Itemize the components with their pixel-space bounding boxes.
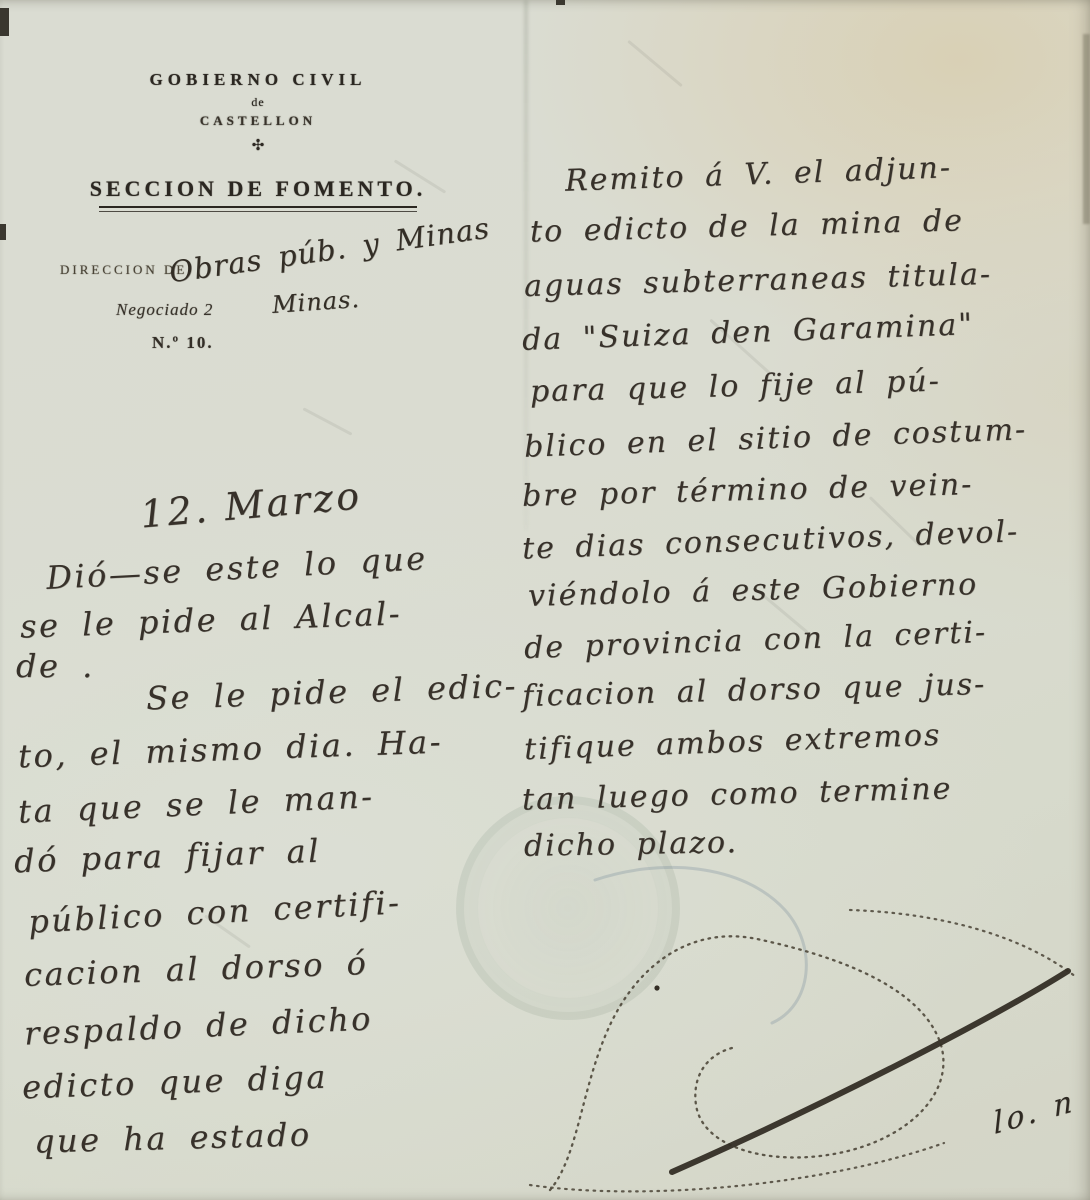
section-title-double-rule <box>99 206 417 212</box>
body-line: bre por término de vein- <box>522 470 974 512</box>
margin-line: Dió—se este lo que <box>45 542 428 594</box>
margin-line: se le pide al Alcal- <box>20 597 403 642</box>
negociado-label: Negociado 2 <box>116 300 213 320</box>
letterhead-section-title: SECCION DE FOMENTO. <box>58 176 458 202</box>
margin-date: 12. Marzo <box>139 476 364 533</box>
letterhead-de: de <box>58 95 458 110</box>
margin-line: Se le pide el edic- <box>146 670 519 715</box>
bleed-through-curve <box>595 867 806 1023</box>
letterhead-ornament-icon: ✣ <box>58 136 458 154</box>
margin-line: dó para fijar al <box>14 835 322 878</box>
margin-line: respaldo de dicho <box>23 1002 373 1049</box>
scan-edge-shadow <box>1083 34 1090 224</box>
letterhead-block: GOBIERNO CIVIL de CASTELLON ✣ SECCION DE… <box>58 70 458 212</box>
rubric-heavy-diagonal <box>672 971 1068 1172</box>
letterhead-city: CASTELLON <box>58 113 458 129</box>
body-line: to edicto de la mina de <box>530 206 965 247</box>
body-line: tifique ambos extremos <box>524 721 942 766</box>
body-line: Remito á V. el adjun- <box>565 153 953 196</box>
body-line: para que lo fije al pú- <box>530 367 941 408</box>
ink-bleed-mark <box>627 40 683 87</box>
negociado-handwritten-value: Minas. <box>271 287 360 317</box>
margin-line: ta que se le man- <box>17 780 375 828</box>
edge-speck <box>556 0 565 5</box>
body-line: ficacion al dorso que jus- <box>522 670 987 712</box>
body-line: blico en el sitio de costum- <box>524 415 1028 463</box>
body-line: tan luego como termine <box>522 774 953 815</box>
margin-line: de . <box>16 650 95 682</box>
body-line: de provincia con la certi- <box>524 618 988 664</box>
document-number: N.º 10. <box>152 333 214 353</box>
margin-line: edicto que diga <box>22 1061 329 1104</box>
margin-line: to, el mismo dia. Ha- <box>18 726 444 773</box>
body-line: aguas subterraneas titula- <box>524 260 993 302</box>
direccion-handwritten-value: Obras púb. y Minas <box>168 214 492 288</box>
rubric-dotted-loop <box>550 936 943 1190</box>
edge-speck <box>0 8 9 36</box>
margin-line: cacion al dorso ó <box>24 947 369 991</box>
body-line: viéndolo á este Gobierno <box>528 570 979 612</box>
rubric-dotted-lower-tail <box>530 1143 944 1191</box>
rubric-ink-dot <box>654 985 659 990</box>
ink-bleed-mark <box>303 407 353 435</box>
margin-line: que ha estado <box>34 1118 312 1157</box>
body-line: da "Suiza den Garamina" <box>522 310 975 356</box>
body-line: te dias consecutivos, devol- <box>522 517 1020 564</box>
rubric-dotted-upper-arc <box>850 910 1076 977</box>
signature-rubric-svg <box>520 855 1090 1200</box>
margin-line: público con certifi- <box>27 886 402 938</box>
edge-speck <box>0 224 6 240</box>
letterhead-org-name: GOBIERNO CIVIL <box>58 70 458 90</box>
scanned-letter-page: GOBIERNO CIVIL de CASTELLON ✣ SECCION DE… <box>0 0 1090 1200</box>
